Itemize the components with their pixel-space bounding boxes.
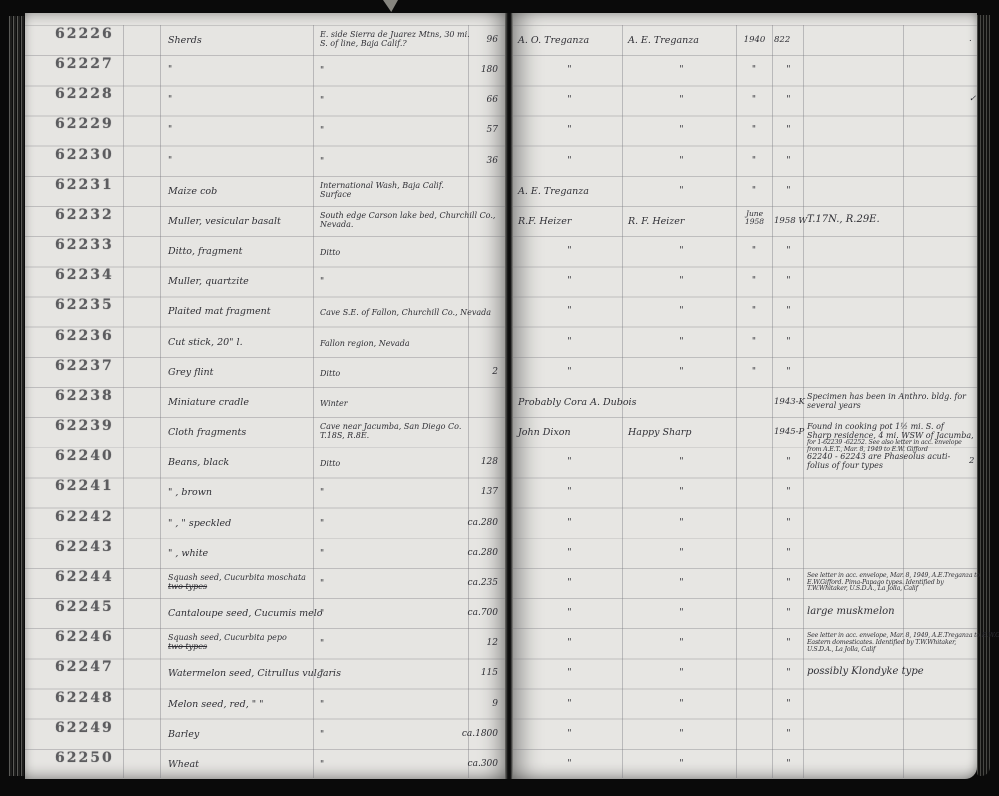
accession-cell: ": [774, 337, 804, 348]
catalog-number: 62240: [55, 451, 114, 462]
catalog-number: 62233: [55, 240, 114, 251]
description-cell: Maize cob: [168, 186, 217, 197]
identifier-cell: ": [628, 367, 736, 378]
identifier-cell: ": [628, 65, 736, 76]
description-cell: Ditto, fragment: [168, 246, 242, 257]
identifier-cell: ": [628, 668, 736, 679]
catalog-number: 62228: [55, 89, 114, 100]
locality-cell: ": [320, 549, 325, 560]
locality-cell: ": [320, 157, 325, 168]
collector-cell: ": [518, 608, 622, 619]
identifier-cell: ": [628, 487, 736, 498]
accession-cell: ": [774, 608, 804, 619]
description-cell: ": [168, 156, 173, 167]
date-cell: ": [737, 367, 772, 378]
count-cell: 57: [430, 125, 498, 136]
accession-cell: ": [774, 699, 804, 710]
ledger-row-62227: 62227""180"""": [0, 55, 999, 86]
collector-cell: ": [518, 548, 622, 559]
ledger-row-62239: 62239Cloth fragmentsCave near Jacumba, S…: [0, 417, 999, 448]
collector-cell: Probably Cora A. Dubois: [518, 397, 622, 408]
date-cell: ": [737, 65, 772, 76]
ledger-row-62231: 62231Maize cobInternational Wash, Baja C…: [0, 176, 999, 207]
accession-cell: ": [774, 638, 804, 649]
locality-cell: Cave S.E. of Fallon, Churchill Co., Neva…: [320, 307, 491, 318]
description-cell: Squash seed, Cucurbita pepotwo types: [168, 633, 287, 651]
collector-cell: ": [518, 246, 622, 257]
description-cell: Plaited mat fragment: [168, 306, 271, 317]
remarks-cell: T.17N., R.29E.: [807, 215, 977, 224]
description-cell: Watermelon seed, Citrullus vulgaris: [168, 668, 341, 679]
description-cell: ": [168, 125, 173, 136]
identifier-cell: ": [628, 759, 736, 770]
collector-cell: ": [518, 487, 622, 498]
accession-cell: ": [774, 487, 804, 498]
accession-cell: ": [774, 518, 804, 529]
description-cell: Cantaloupe seed, Cucumis melo: [168, 608, 323, 619]
catalog-number: 62227: [55, 59, 114, 70]
count-cell: ca.235: [430, 578, 498, 589]
accession-cell: ": [774, 95, 804, 106]
remarks-cell: possibly Klondyke type: [807, 667, 977, 676]
collector-cell: R.F. Heizer: [518, 216, 622, 227]
catalog-number: 62236: [55, 331, 114, 342]
description-cell: Wheat: [168, 759, 199, 770]
date-cell: ": [737, 337, 772, 348]
catalog-number: 62247: [55, 662, 114, 673]
ledger-row-62237: 62237Grey flintDitto2"""": [0, 357, 999, 388]
identifier-cell: ": [628, 156, 736, 167]
locality-cell: Cave near Jacumba, San Diego Co.T.18S, R…: [320, 422, 461, 440]
catalog-number: 62243: [55, 542, 114, 553]
remarks-cell: See letter in acc. envelope, Mar. 8, 194…: [807, 573, 977, 593]
description-cell: Barley: [168, 729, 199, 740]
catalog-number: 62235: [55, 300, 114, 311]
collector-cell: ": [518, 668, 622, 679]
count-cell: ca.280: [430, 518, 498, 529]
collector-cell: ": [518, 156, 622, 167]
description-cell: " , brown: [168, 487, 212, 498]
description-cell: Sherds: [168, 35, 202, 46]
date-cell: ": [737, 95, 772, 106]
identifier-cell: ": [628, 457, 736, 468]
locality-cell: Ditto: [320, 368, 340, 379]
locality-cell: ": [320, 277, 325, 288]
description-cell: Melon seed, red, " ": [168, 699, 264, 710]
accession-cell: ": [774, 548, 804, 559]
catalog-number: 62229: [55, 119, 114, 130]
ledger-row-62248: 62248Melon seed, red, " ""9""": [0, 689, 999, 720]
ledger-row-62249: 62249Barley"ca.1800""": [0, 719, 999, 750]
collector-cell: ": [518, 125, 622, 136]
identifier-cell: ": [628, 548, 736, 559]
count-cell: 36: [430, 156, 498, 167]
ledger-scan: 62226SherdsE. side Sierra de Juarez Mtns…: [0, 0, 999, 796]
date-cell: ": [737, 306, 772, 317]
accession-cell: ": [774, 306, 804, 317]
catalog-number: 62244: [55, 572, 114, 583]
locality-cell: ": [320, 639, 325, 650]
ledger-row-62242: 62242" , " speckled"ca.280""": [0, 508, 999, 539]
ledger-row-62250: 62250Wheat"ca.300""": [0, 749, 999, 780]
ledger-row-62235: 62235Plaited mat fragmentCave S.E. of Fa…: [0, 296, 999, 327]
ledger-row-62238: 62238Miniature cradleWinterProbably Cora…: [0, 387, 999, 418]
locality-cell: ": [320, 760, 325, 771]
ledger-row-62243: 62243" , white"ca.280""": [0, 538, 999, 569]
accession-cell: ": [774, 367, 804, 378]
collector-cell: ": [518, 337, 622, 348]
count-cell: ca.1800: [430, 729, 498, 740]
accession-cell: ": [774, 759, 804, 770]
locality-cell: Fallon region, Nevada: [320, 338, 410, 349]
catalog-number: 62249: [55, 723, 114, 734]
accession-cell: ": [774, 65, 804, 76]
accession-cell: ": [774, 578, 804, 589]
identifier-cell: ": [628, 578, 736, 589]
collector-cell: ": [518, 699, 622, 710]
catalog-number: 62246: [55, 632, 114, 643]
description-cell: Beans, black: [168, 457, 229, 468]
collector-cell: John Dixon: [518, 427, 622, 438]
description-cell: Cut stick, 20" l.: [168, 337, 243, 348]
count-cell: 115: [430, 668, 498, 679]
locality-cell: ": [320, 579, 325, 590]
count-cell: ca.280: [430, 548, 498, 559]
description-cell: Squash seed, Cucurbita moschatatwo types: [168, 573, 306, 591]
count-cell: ca.700: [430, 608, 498, 619]
date-cell: ": [737, 186, 772, 197]
locality-cell: Ditto: [320, 247, 340, 258]
ledger-row-62245: 62245Cantaloupe seed, Cucumis melo"ca.70…: [0, 598, 999, 629]
accession-cell: ": [774, 729, 804, 740]
catalog-number: 62231: [55, 180, 114, 191]
catalog-number: 62232: [55, 210, 114, 221]
count-cell: ca.300: [430, 759, 498, 770]
locality-cell: ": [320, 519, 325, 530]
ledger-row-62234: 62234Muller, quartzite""""": [0, 266, 999, 297]
locality-cell: ": [320, 126, 325, 137]
identifier-cell: ": [628, 638, 736, 649]
collector-cell: A. E. Treganza: [518, 186, 622, 197]
collector-cell: ": [518, 95, 622, 106]
description-cell: ": [168, 95, 173, 106]
date-cell: June1958: [737, 210, 772, 226]
identifier-cell: ": [628, 337, 736, 348]
catalog-number: 62241: [55, 481, 114, 492]
date-cell: ": [737, 276, 772, 287]
identifier-cell: ": [628, 186, 736, 197]
identifier-cell: A. E. Treganza: [628, 35, 736, 46]
date-cell: ": [737, 246, 772, 257]
identifier-cell: ": [628, 608, 736, 619]
locality-cell: ": [320, 730, 325, 741]
identifier-cell: ": [628, 276, 736, 287]
identifier-cell: ": [628, 306, 736, 317]
ledger-row-62240: 62240Beans, blackDitto128"""62240 - 6224…: [0, 447, 999, 478]
collector-cell: ": [518, 729, 622, 740]
catalog-number: 62234: [55, 270, 114, 281]
margin-mark: .: [969, 34, 995, 45]
identifier-cell: ": [628, 729, 736, 740]
accession-cell: 1958 W: [774, 216, 804, 227]
catalog-number: 62230: [55, 150, 114, 161]
accession-cell: ": [774, 276, 804, 287]
description-cell: Grey flint: [168, 367, 213, 378]
description-cell: Muller, quartzite: [168, 276, 249, 287]
count-cell: 96: [430, 35, 498, 46]
description-cell: Muller, vesicular basalt: [168, 216, 281, 227]
locality-cell: ": [320, 669, 325, 680]
identifier-cell: ": [628, 95, 736, 106]
accession-cell: ": [774, 125, 804, 136]
margin-mark: 2: [969, 456, 995, 467]
collector-cell: ": [518, 276, 622, 287]
locality-cell: ": [320, 66, 325, 77]
remarks-cell: 62240 - 62243 are Phaseolus acuti-folius…: [807, 452, 977, 470]
locality-cell: Winter: [320, 398, 348, 409]
locality-cell: South edge Carson lake bed, Churchill Co…: [320, 211, 495, 229]
catalog-number: 62237: [55, 361, 114, 372]
accession-cell: ": [774, 246, 804, 257]
accession-cell: 1943-K: [774, 397, 804, 408]
catalog-number: 62242: [55, 512, 114, 523]
date-cell: 1940: [737, 35, 772, 46]
ledger-row-62247: 62247Watermelon seed, Citrullus vulgaris…: [0, 658, 999, 689]
date-cell: ": [737, 125, 772, 136]
accession-cell: ": [774, 186, 804, 197]
identifier-cell: R. F. Heizer: [628, 216, 736, 227]
accession-cell: 822: [774, 35, 804, 46]
identifier-cell: Happy Sharp: [628, 427, 736, 438]
catalog-number: 62226: [55, 29, 114, 40]
ledger-row-62228: 62228""66""""✓: [0, 85, 999, 116]
identifier-cell: ": [628, 125, 736, 136]
collector-cell: ": [518, 457, 622, 468]
count-cell: 2: [430, 367, 498, 378]
accession-cell: ": [774, 156, 804, 167]
collector-cell: A. O. Treganza: [518, 35, 622, 46]
count-cell: 66: [430, 95, 498, 106]
catalog-number: 62239: [55, 421, 114, 432]
ledger-row-62230: 62230""36"""": [0, 146, 999, 177]
ledger-row-62229: 62229""57"""": [0, 115, 999, 146]
date-cell: ": [737, 156, 772, 167]
ledger-row-62233: 62233Ditto, fragmentDitto"""": [0, 236, 999, 267]
ledger-row-62244: 62244Squash seed, Cucurbita moschatatwo …: [0, 568, 999, 599]
ledger-row-62236: 62236Cut stick, 20" l.Fallon region, Nev…: [0, 327, 999, 358]
locality-cell: ": [320, 488, 325, 499]
locality-cell: Ditto: [320, 458, 340, 469]
remarks-cell: large muskmelon: [807, 607, 977, 616]
identifier-cell: ": [628, 518, 736, 529]
catalog-number: 62248: [55, 693, 114, 704]
catalog-number: 62238: [55, 391, 114, 402]
identifier-cell: ": [628, 699, 736, 710]
collector-cell: ": [518, 518, 622, 529]
locality-cell: ": [320, 609, 325, 620]
ledger-row-62241: 62241" , brown"137""": [0, 477, 999, 508]
count-cell: 12: [430, 638, 498, 649]
description-cell: ": [168, 65, 173, 76]
description-cell: " , " speckled: [168, 518, 231, 529]
count-cell: 9: [430, 699, 498, 710]
catalog-number: 62245: [55, 602, 114, 613]
description-cell: Miniature cradle: [168, 397, 249, 408]
locality-cell: ": [320, 700, 325, 711]
accession-cell: 1945-P: [774, 427, 804, 438]
ledger-row-62232: 62232Muller, vesicular basaltSouth edge …: [0, 206, 999, 237]
margin-mark: ✓: [969, 94, 995, 105]
remarks-cell: Specimen has been in Anthro. bldg. forse…: [807, 392, 977, 410]
rows-layer: 62226SherdsE. side Sierra de Juarez Mtns…: [0, 0, 999, 796]
count-cell: 137: [430, 487, 498, 498]
accession-cell: ": [774, 668, 804, 679]
identifier-cell: ": [628, 246, 736, 257]
locality-cell: ": [320, 96, 325, 107]
collector-cell: ": [518, 306, 622, 317]
description-cell: " , white: [168, 548, 208, 559]
ledger-row-62246: 62246Squash seed, Cucurbita pepotwo type…: [0, 628, 999, 659]
collector-cell: ": [518, 759, 622, 770]
collector-cell: ": [518, 65, 622, 76]
collector-cell: ": [518, 638, 622, 649]
collector-cell: ": [518, 367, 622, 378]
accession-cell: ": [774, 457, 804, 468]
description-cell: Cloth fragments: [168, 427, 246, 438]
collector-cell: ": [518, 578, 622, 589]
count-cell: 180: [430, 65, 498, 76]
count-cell: 128: [430, 457, 498, 468]
ledger-row-62226: 62226SherdsE. side Sierra de Juarez Mtns…: [0, 25, 999, 56]
catalog-number: 62250: [55, 753, 114, 764]
locality-cell: International Wash, Baja Calif.Surface: [320, 181, 444, 199]
remarks-cell: See letter in acc. envelope, Mar. 8, 194…: [807, 633, 977, 653]
